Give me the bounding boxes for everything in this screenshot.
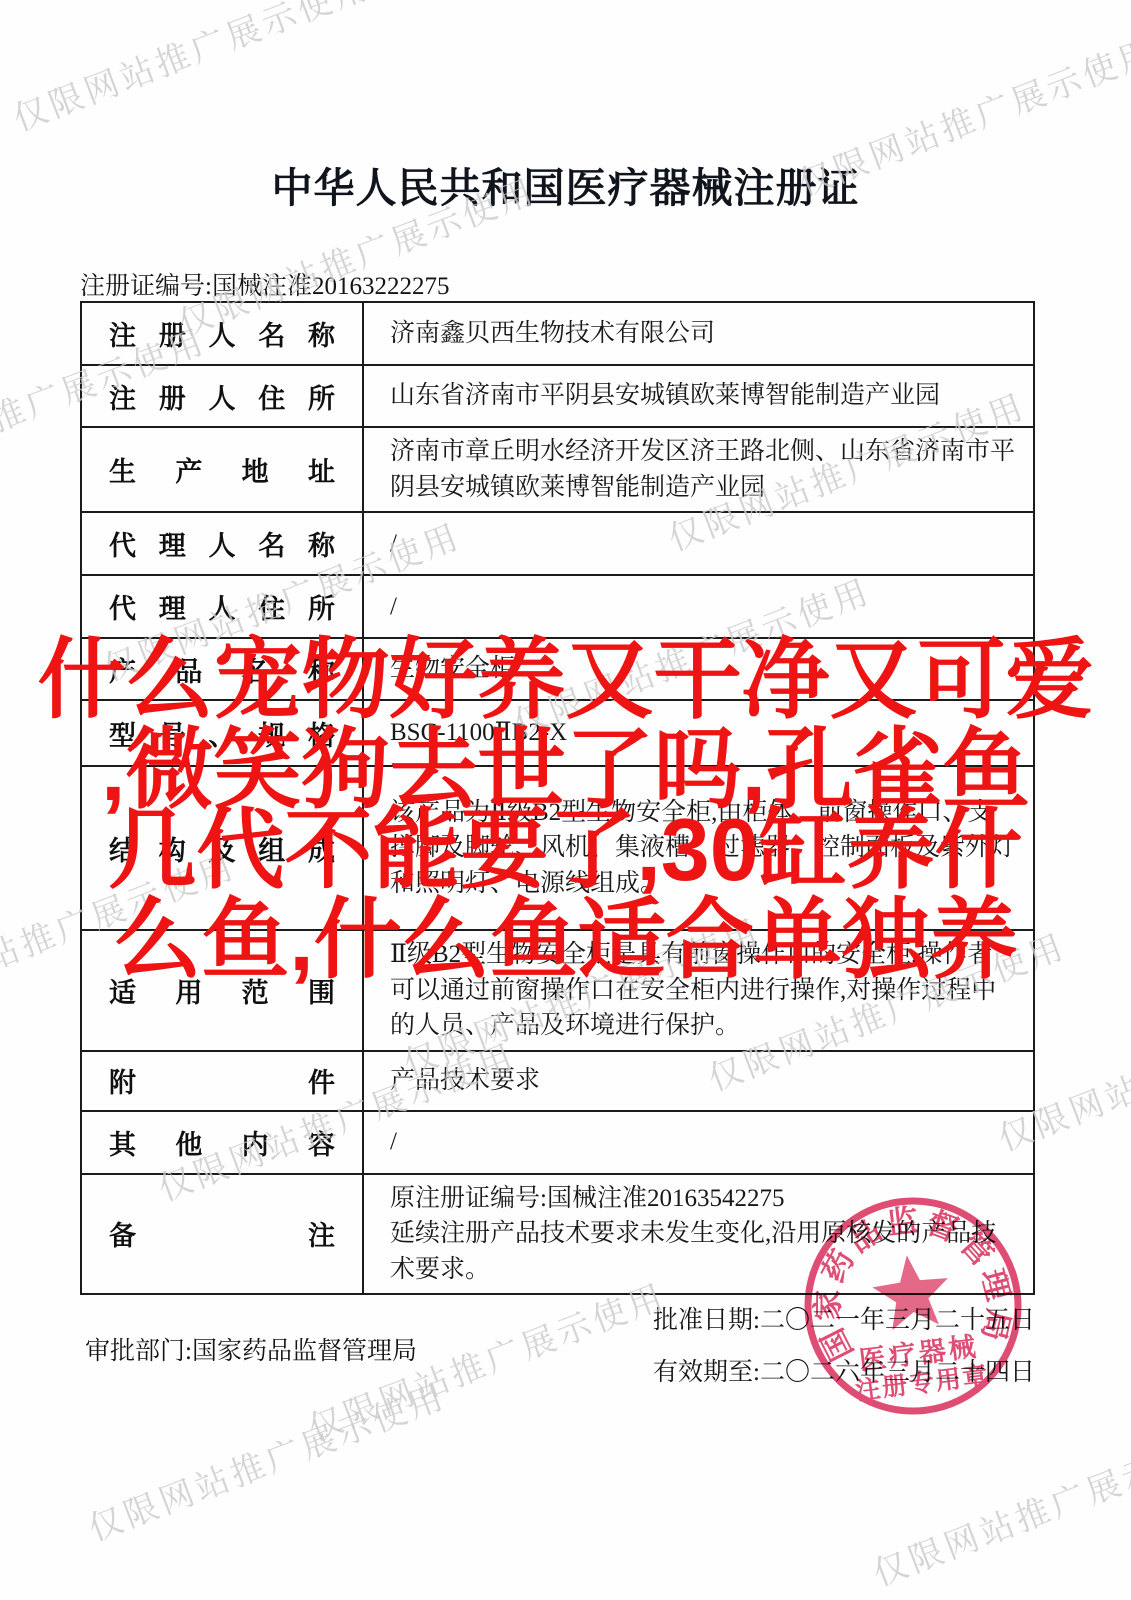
registration-number-value: 国械注准20163222275 xyxy=(212,273,450,300)
valid-until-label: 有效期至: xyxy=(653,1359,760,1386)
row-value: 该产品为Ⅱ级B2型生物安全柜,由柜体、前窗操作口、支撑脚及脚轮、风机、集液槽、过… xyxy=(363,766,1034,930)
certificate-page: 中华人民共和国医疗器械注册证 注册证编号:国械注准20163222275 注册人… xyxy=(0,0,1131,1600)
approval-date-value: 二〇二一年三月二十五日 xyxy=(760,1307,1035,1334)
approval-department-line: 审批部门:国家药品监督管理局 xyxy=(85,1331,417,1367)
row-value: BSC-1100ⅡB2-X xyxy=(363,700,1034,766)
row-value: / xyxy=(363,575,1034,638)
row-value: 济南市章丘明水经济开发区济王路北侧、山东省济南市平阴县安城镇欧莱博智能制造产业园 xyxy=(363,427,1034,512)
cert-table-body: 注册人名称济南鑫贝西生物技术有限公司注册人住所山东省济南市平阴县安城镇欧莱博智能… xyxy=(81,302,1034,1294)
row-label: 生产地址 xyxy=(81,427,363,512)
row-value: Ⅱ级B2型生物安全柜是具有前窗操作口的安全柜,操作者可以通过前窗操作口在安全柜内… xyxy=(363,930,1034,1051)
row-label: 结构及组成 xyxy=(81,766,363,930)
registration-number-line: 注册证编号:国械注准20163222275 xyxy=(80,266,449,302)
row-label: 代理人名称 xyxy=(81,512,363,575)
valid-until-value: 二〇二六年三月二十四日 xyxy=(760,1359,1035,1386)
row-label: 型号、规格 xyxy=(81,700,363,766)
table-row: 生产地址济南市章丘明水经济开发区济王路北侧、山东省济南市平阴县安城镇欧莱博智能制… xyxy=(81,427,1034,512)
row-value: 济南鑫贝西生物技术有限公司 xyxy=(363,302,1034,365)
table-row: 结构及组成该产品为Ⅱ级B2型生物安全柜,由柜体、前窗操作口、支撑脚及脚轮、风机、… xyxy=(81,766,1034,930)
certificate-table: 注册人名称济南鑫贝西生物技术有限公司注册人住所山东省济南市平阴县安城镇欧莱博智能… xyxy=(80,301,1035,1295)
approval-date-label: 批准日期: xyxy=(653,1307,760,1334)
row-label: 适用范围 xyxy=(81,930,363,1051)
table-row: 注册人住所山东省济南市平阴县安城镇欧莱博智能制造产业园 xyxy=(81,365,1034,427)
row-value: / xyxy=(363,512,1034,575)
valid-until-line: 有效期至:二〇二六年三月二十四日 xyxy=(653,1352,1035,1388)
row-label: 附件 xyxy=(81,1051,363,1111)
row-value: 原注册证编号:国械注准20163542275 延续注册产品技术要求未发生变化,沿… xyxy=(363,1174,1034,1295)
row-value: / xyxy=(363,1111,1034,1174)
table-row: 代理人名称/ xyxy=(81,512,1034,575)
row-label: 代理人住所 xyxy=(81,575,363,638)
table-row: 型号、规格BSC-1100ⅡB2-X xyxy=(81,700,1034,766)
table-row: 适用范围Ⅱ级B2型生物安全柜是具有前窗操作口的安全柜,操作者可以通过前窗操作口在… xyxy=(81,930,1034,1051)
approval-department-value: 国家药品监督管理局 xyxy=(192,1338,417,1365)
page-title: 中华人民共和国医疗器械注册证 xyxy=(0,155,1131,214)
certificate-document: 中华人民共和国医疗器械注册证 注册证编号:国械注准20163222275 注册人… xyxy=(0,0,1131,1600)
row-label: 产品名称 xyxy=(81,638,363,700)
table-row: 代理人住所/ xyxy=(81,575,1034,638)
row-value: 山东省济南市平阴县安城镇欧莱博智能制造产业园 xyxy=(363,365,1034,427)
row-label: 注册人名称 xyxy=(81,302,363,365)
approval-department-label: 审批部门: xyxy=(85,1338,192,1365)
table-row: 产品名称生物安全柜 xyxy=(81,638,1034,700)
table-row: 附件产品技术要求 xyxy=(81,1051,1034,1111)
table-row: 备注原注册证编号:国械注准20163542275 延续注册产品技术要求未发生变化… xyxy=(81,1174,1034,1295)
row-label: 注册人住所 xyxy=(81,365,363,427)
approval-date-line: 批准日期:二〇二一年三月二十五日 xyxy=(653,1300,1035,1336)
row-value: 产品技术要求 xyxy=(363,1051,1034,1111)
registration-number-label: 注册证编号: xyxy=(80,273,212,300)
table-row: 其他内容/ xyxy=(81,1111,1034,1174)
table-row: 注册人名称济南鑫贝西生物技术有限公司 xyxy=(81,302,1034,365)
row-label: 备注 xyxy=(81,1174,363,1295)
row-label: 其他内容 xyxy=(81,1111,363,1174)
row-value: 生物安全柜 xyxy=(363,638,1034,700)
